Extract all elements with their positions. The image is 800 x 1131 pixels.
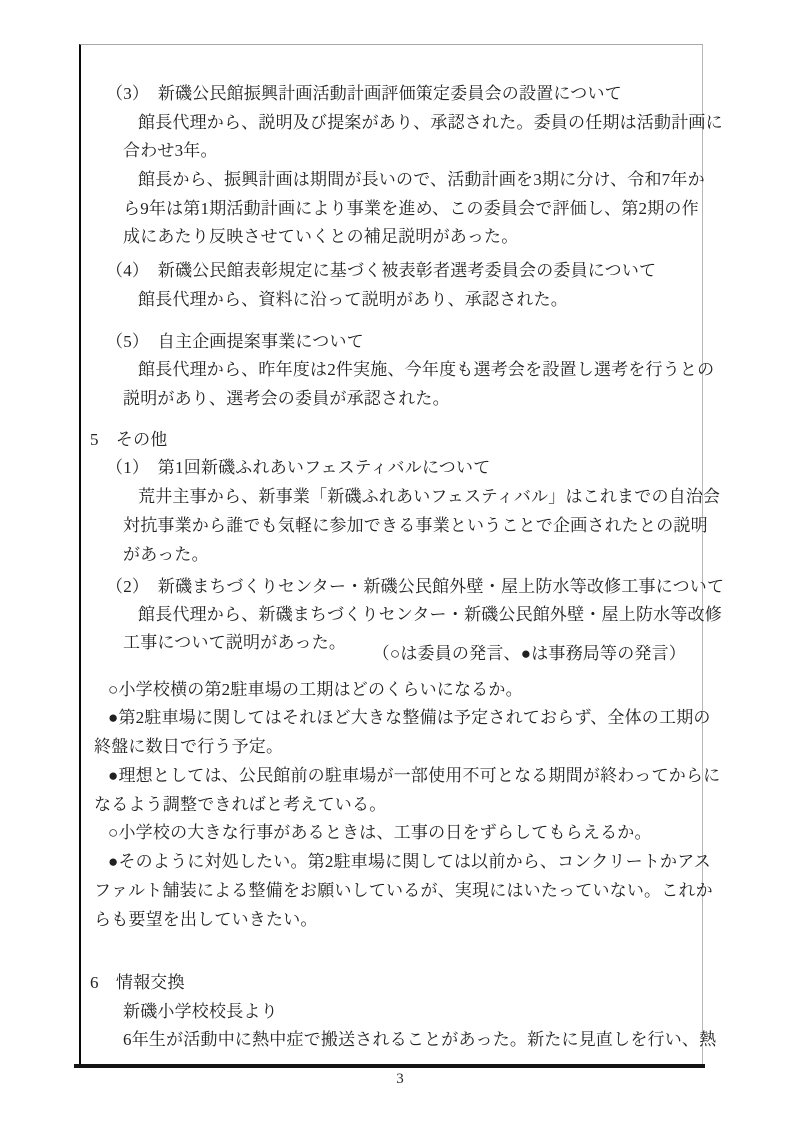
page-number: 3 — [0, 1071, 800, 1088]
section-5-item-1-body-line: があった。 — [123, 544, 209, 566]
speaker-legend-note: （○は委員の発言、●は事務局等の発言） — [373, 643, 686, 665]
qa-statement-line: ○小学校の大きな行事があるときは、工事の日をずらしてもらえるか。 — [108, 822, 652, 844]
section-6-body-line: 新磯小学校校長より — [123, 1001, 278, 1023]
section-6-heading: 6 情報交換 — [90, 972, 185, 994]
item-3-body-line: 合わせ3年。 — [123, 140, 218, 162]
qa-statement-line: ○小学校横の第2駐車場の工期はどのくらいになるか。 — [108, 679, 523, 701]
section-5-item-1-body-line: 荒井主事から、新事業「新磯ふれあいフェスティバル」はこれまでの自治会 — [138, 486, 720, 508]
page-bottom-rule — [74, 1064, 705, 1068]
item-3-body-line: 館長代理から、説明及び提案があり、承認された。委員の任期は活動計画に — [138, 112, 723, 134]
item-3-heading: （3） 新磯公民館振興計画活動計画評価策定委員会の設置について — [106, 83, 622, 105]
qa-statement-line: ●第2駐車場に関してはそれほど大きな整備は予定されておらず、全体の工期の — [108, 707, 711, 729]
item-3-body-line: 館長から、振興計画は期間が長いので、活動計画を3期に分け、令和7年か — [138, 169, 705, 191]
section-6-body-line: 6年生が活動中に熱中症で搬送されることがあった。新たに見直しを行い、熱 — [123, 1029, 716, 1051]
section-5-item-2-heading: （2） 新磯まちづくりセンター・新磯公民館外壁・屋上防水等改修工事について — [106, 576, 724, 598]
item-4-body-line: 館長代理から、資料に沿って説明があり、承認された。 — [138, 289, 568, 311]
qa-statement-line: ●そのように対処したい。第2駐車場に関しては以前から、コンクリートかアス — [108, 851, 711, 873]
section-5-item-1-heading: （1） 第1回新磯ふれあいフェスティバルについて — [106, 457, 490, 479]
qa-statement-line: らも要望を出していきたい。 — [94, 909, 318, 931]
section-5-item-2-body-line: 館長代理から、新磯まちづくりセンター・新磯公民館外壁・屋上防水等改修 — [138, 604, 722, 626]
scanned-minutes-page: { "page": { "number": "3" }, "report_ite… — [0, 0, 800, 1131]
item-5-heading: （5） 自主企画提案事業について — [106, 331, 364, 353]
item-3-body-line: ら9年は第1期活動計画により事業を進め、この委員会で評価し、第2期の作 — [123, 198, 699, 220]
qa-statement-line: ●理想としては、公民館前の駐車場が一部使用不可となる期間が終わってからに — [108, 765, 720, 787]
qa-statement-line: なるよう調整できればと考えている。 — [94, 794, 386, 816]
section-5-item-1-body-line: 対抗事業から誰でも気軽に参加できる事業ということで企画されたとの説明 — [123, 515, 708, 537]
item-4-heading: （4） 新磯公民館表彰規定に基づく被表彰者選考委員会の委員について — [106, 260, 656, 282]
item-5-body-line: 館長代理から、昨年度は2件実施、今年度も選考会を設置し選考を行うとの — [138, 359, 714, 381]
qa-statement-line: 終盤に数日で行う予定。 — [94, 736, 283, 758]
item-3-body-line: 成にあたり反映させていくとの補足説明があった。 — [123, 226, 518, 248]
section-5-item-2-body-line: 工事について説明があった。 — [123, 632, 346, 654]
page-frame: （3） 新磯公民館振興計画活動計画評価策定委員会の設置について 館長代理から、説… — [79, 44, 703, 1064]
qa-statement-line: ファルト舗装による整備をお願いしているが、実現にはいたっていない。これか — [94, 880, 713, 902]
item-5-body-line: 説明があり、選考会の委員が承認された。 — [123, 388, 450, 410]
section-5-heading: 5 その他 — [90, 429, 168, 451]
